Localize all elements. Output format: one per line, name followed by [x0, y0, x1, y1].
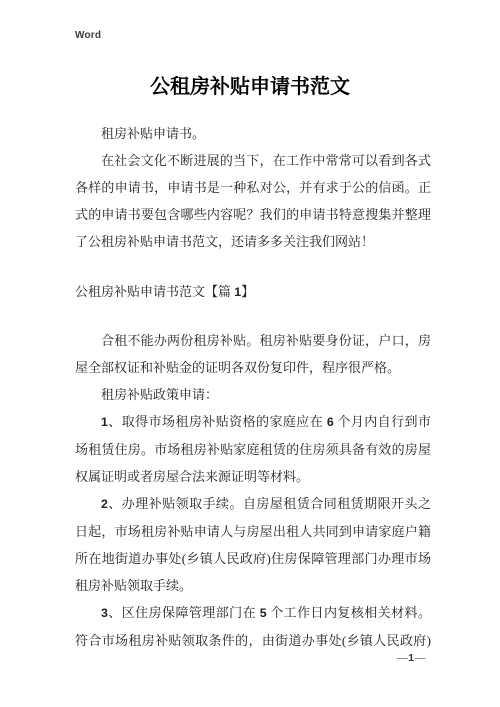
document-title: 公租房补贴申请书范文 — [0, 73, 500, 101]
word-app-label: Word — [75, 30, 101, 41]
paragraph-policy-label: 租房补贴政策申请： — [75, 381, 431, 408]
paragraph-intro: 租房补贴申请书。 — [75, 120, 431, 147]
paragraph-item-1: 1、取得市场租房补贴资格的家庭应在 6 个月内自行到市场租赁住房。市场租房补贴家… — [75, 408, 431, 490]
paragraph-rules: 合租不能办两份租房补贴。租房补贴要身份证，户口，房屋全部权证和补贴金的证明各双份… — [75, 327, 431, 381]
document-body: 租房补贴申请书。 在社会文化不断进展的当下，在工作中常常可以看到各式各样的申请书… — [75, 120, 431, 653]
paragraph-item-3: 3、区住房保障管理部门在 5 个工作日内复核相关材料。符合市场租房补贴领取条件的… — [75, 599, 431, 653]
paragraph-item-2: 2、办理补贴领取手续。自房屋租赁合同租赁期限开头之日起，市场租房补贴申请人与房屋… — [75, 490, 431, 599]
page-number: —1— — [397, 651, 426, 666]
document-page: Word 公租房补贴申请书范文 租房补贴申请书。 在社会文化不断进展的当下，在工… — [0, 0, 500, 707]
paragraph-preface: 在社会文化不断进展的当下，在工作中常常可以看到各式各样的申请书，申请书是一种私对… — [75, 147, 431, 255]
section-heading: 公租房补贴申请书范文【篇 1】 — [75, 278, 431, 306]
